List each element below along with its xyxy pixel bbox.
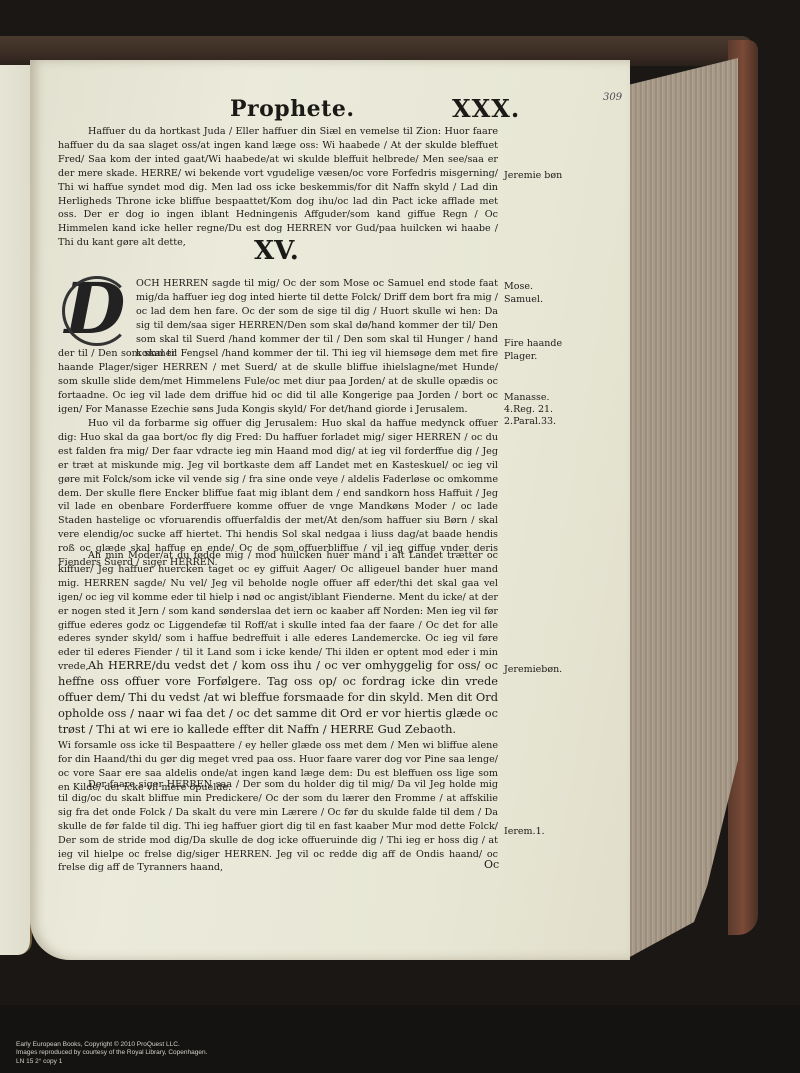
margin-note: Mose.	[504, 281, 533, 294]
paragraph-4: Ah min Moder/at du fødde mig / mod huilc…	[58, 549, 498, 674]
paragraph-text: Ah HERRE/du vedst det / kom oss ihu / oc…	[58, 657, 498, 737]
left-page-edge	[0, 65, 32, 955]
margin-note: 4.Reg. 21.	[504, 404, 553, 417]
margin-note: Jeremiebøn.	[504, 664, 562, 677]
footer-line: LN 15 2° copy 1	[16, 1058, 207, 1066]
paragraph-5: Ah HERRE/du vedst det / kom oss ihu / oc…	[58, 657, 498, 737]
copyright-footer: Early European Books, Copyright © 2010 P…	[16, 1041, 207, 1066]
folio-number: XXX.	[452, 94, 520, 123]
book-scan: Prophete. XXX. 309 Haffuer du da hortkas…	[0, 0, 800, 1005]
handwritten-page-number: 309	[603, 92, 622, 103]
paragraph-text: Der faare siger HERREN saa / Der som du …	[58, 778, 498, 875]
paragraph-text: der til / Den som skal til Fengsel /hand…	[58, 347, 498, 417]
footer-line: Images reproduced by courtesy of the Roy…	[16, 1049, 207, 1057]
margin-note: 2.Paral.33.	[504, 416, 556, 429]
margin-note: Samuel.	[504, 294, 543, 307]
margin-note: Ierem.1.	[504, 826, 545, 839]
chapter-heading: XV.	[254, 236, 299, 266]
decorated-initial: D	[58, 272, 132, 346]
catchword: Oc	[484, 858, 499, 871]
margin-note: Jeremie bøn	[504, 170, 562, 183]
page-fore-edge	[628, 58, 738, 958]
paragraph-text: Ah min Moder/at du fødde mig / mod huilc…	[58, 549, 498, 674]
footer-line: Early European Books, Copyright © 2010 P…	[16, 1041, 207, 1049]
paragraph-text: Huo vil da forbarme sig offuer dig Jerus…	[58, 417, 498, 570]
paragraph-1: Haffuer du da hortkast Juda / Eller haff…	[58, 125, 498, 250]
running-head-title: Prophete.	[230, 96, 355, 122]
margin-note: Plager.	[504, 351, 537, 364]
paragraph-text: Haffuer du da hortkast Juda / Eller haff…	[58, 125, 498, 250]
margin-note: Manasse.	[504, 392, 550, 405]
paragraph-7: Der faare siger HERREN saa / Der som du …	[58, 778, 498, 875]
paragraph-3: Huo vil da forbarme sig offuer dig Jerus…	[58, 417, 498, 570]
margin-note: Fire haande	[504, 338, 562, 351]
running-head: Prophete.	[230, 96, 355, 122]
paragraph-2: der til / Den som skal til Fengsel /hand…	[58, 347, 498, 417]
